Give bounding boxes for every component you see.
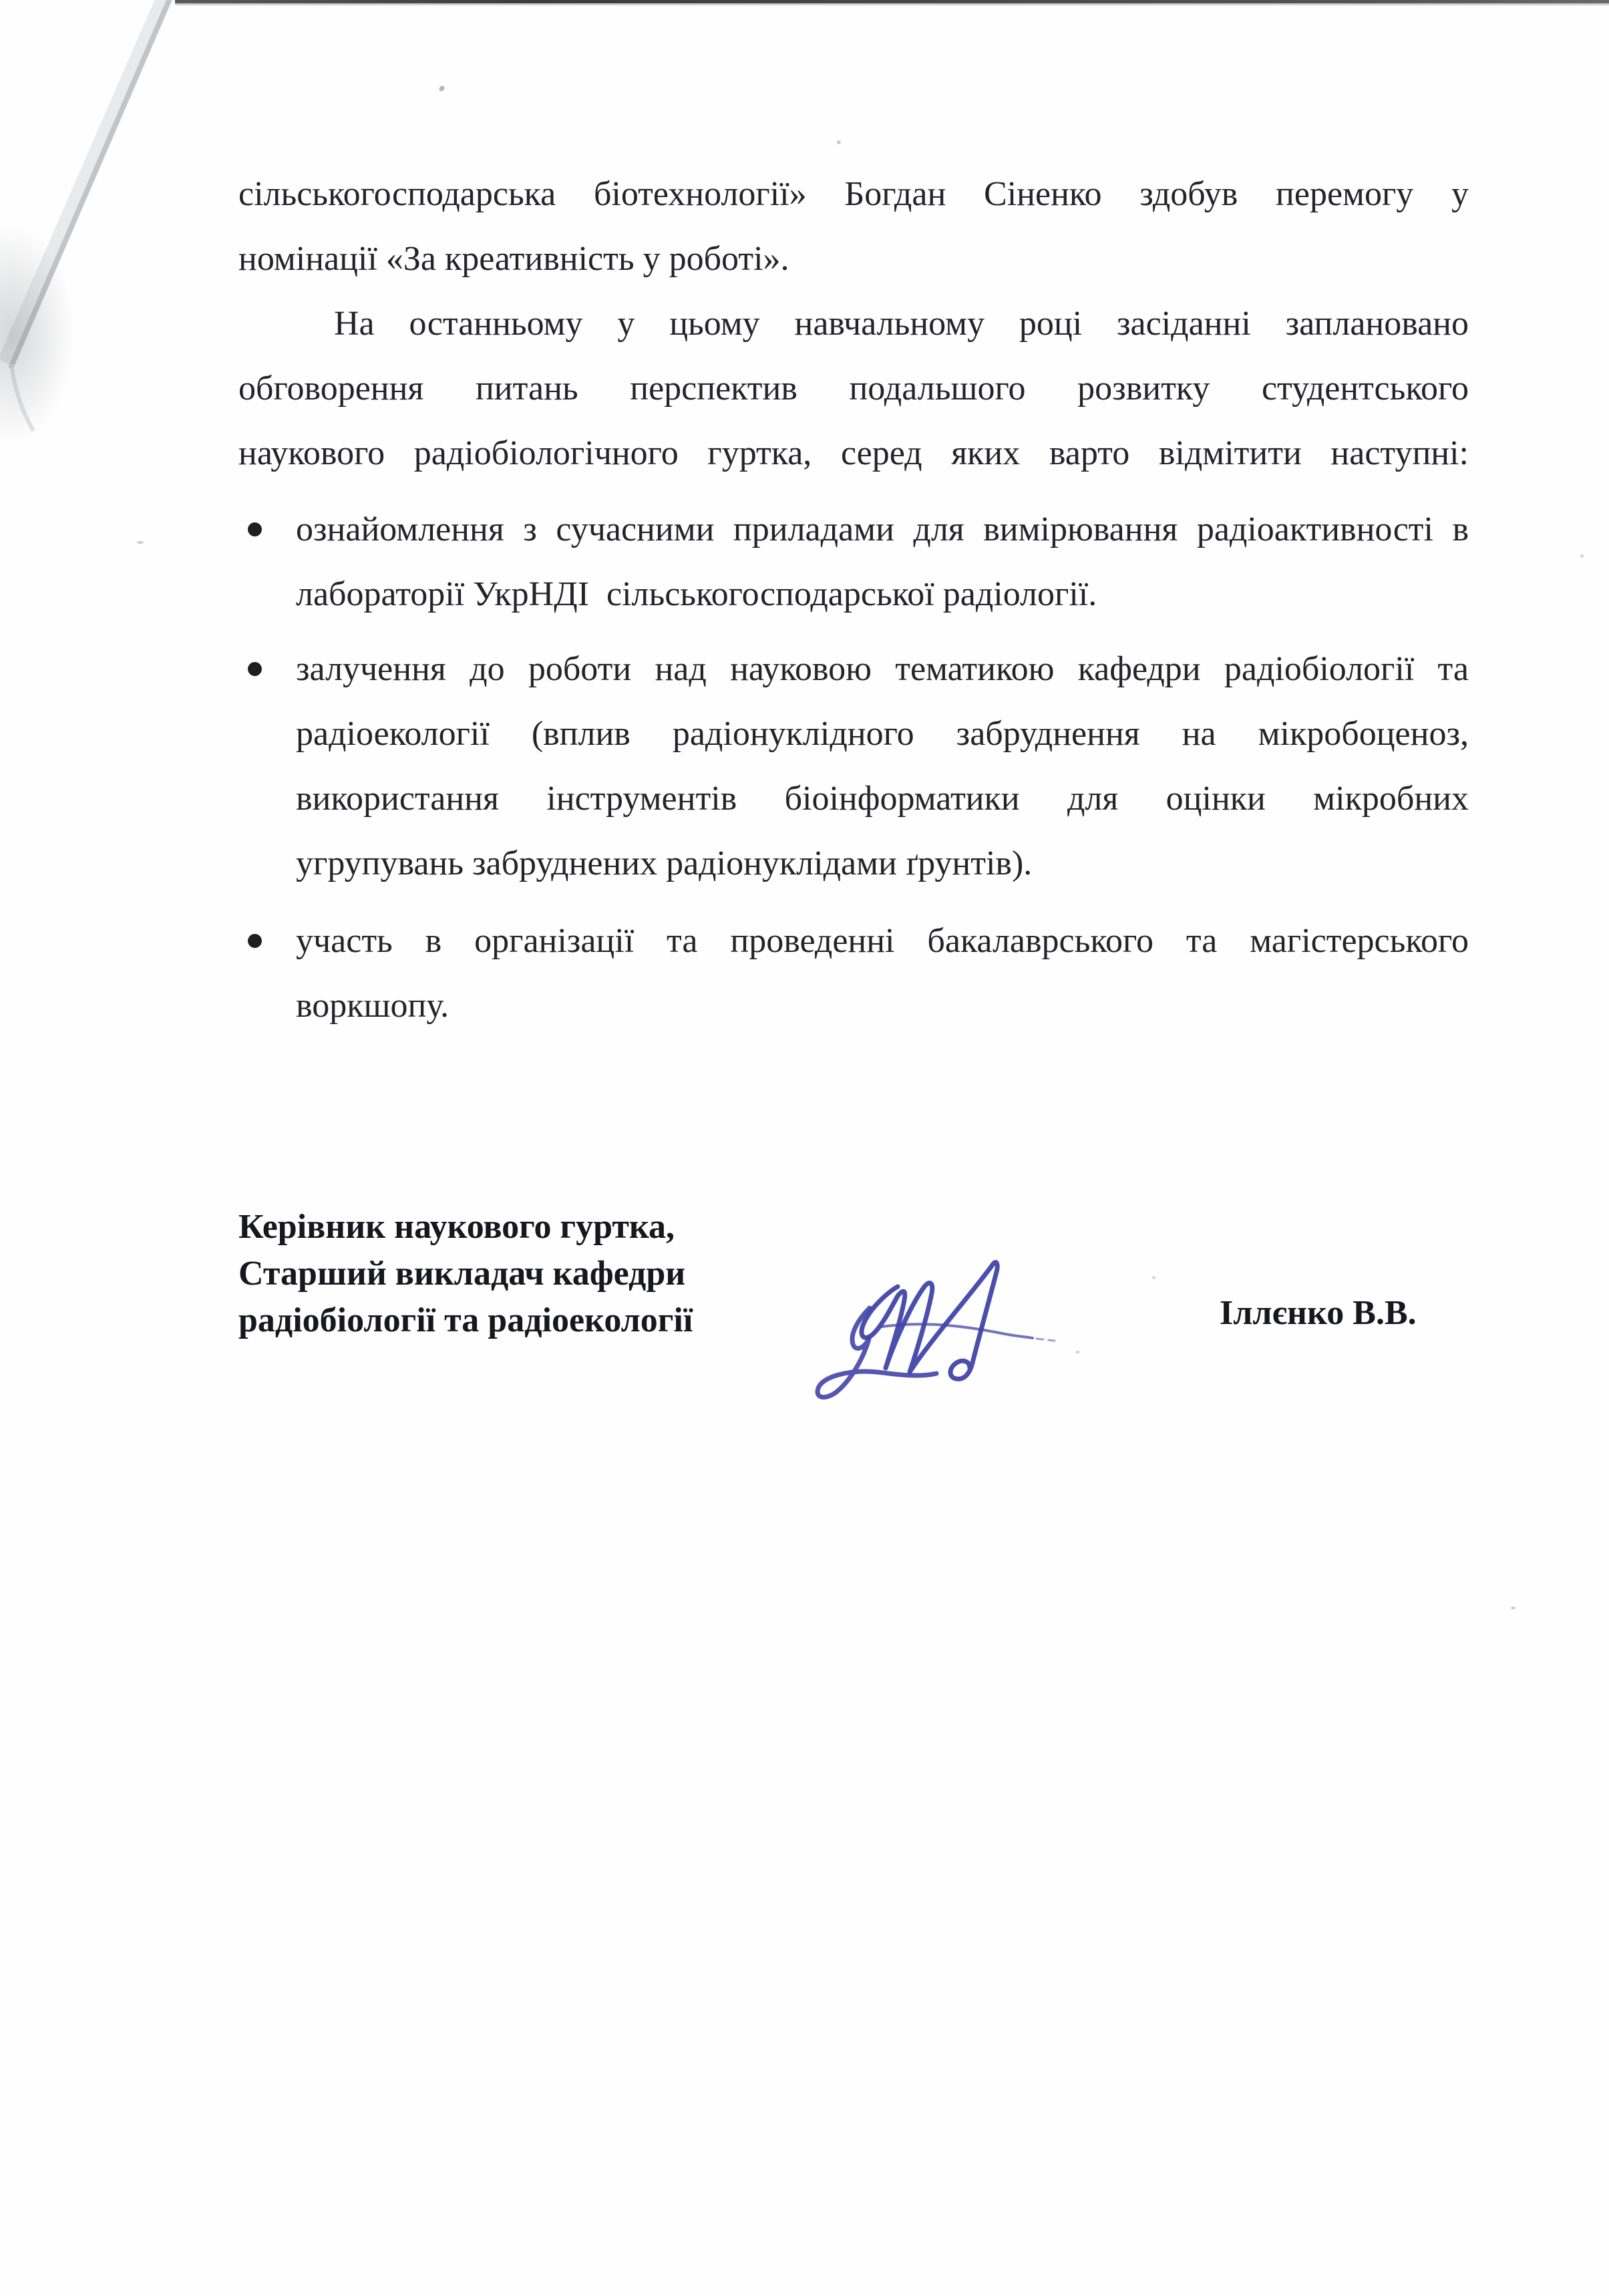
bullet-line: воркшопу. [296, 973, 1469, 1038]
scan-speck [1511, 1607, 1515, 1609]
bullet-line: залучення до роботи над науковою тематик… [296, 637, 1469, 701]
paragraph-line: сільськогосподарська біотехнології» Богд… [238, 162, 1469, 226]
bullet-line: угрупувань забруднених радіонуклідами ґр… [296, 831, 1469, 896]
bullet-marker: • [248, 662, 262, 676]
bullet-line: ознайомлення з сучасними приладами для в… [296, 497, 1469, 562]
bullet-marker: • [248, 934, 262, 948]
paragraph-line: На останньому у цьому навчальному році з… [238, 291, 1469, 356]
scan-speck [438, 85, 445, 92]
bullet-line: лабораторії УкрНДІ сільськогосподарської… [296, 562, 1469, 627]
paragraph-line: номінації «За креативність у роботі». [238, 226, 1469, 291]
scan-speck [837, 140, 841, 144]
scan-speck [137, 541, 144, 544]
signature-title-line: радіобіології та радіоекології [238, 1297, 693, 1344]
bullet-line: участь в організації та проведенні бакал… [296, 909, 1469, 973]
signature-title-block: Керівник наукового гуртка, Старший викла… [238, 1204, 693, 1344]
page-fold-shadow [0, 227, 73, 441]
handwritten-signature-ink [788, 1202, 1202, 1430]
bullet-item: • залучення до роботи над науковою темат… [238, 637, 1469, 896]
bullet-line: використання інструментів біоінформатики… [296, 766, 1469, 831]
bullet-item: • участь в організації та проведенні бак… [238, 909, 1469, 1038]
signer-name: Іллєнко В.В. [1220, 1293, 1417, 1333]
bullet-line: радіоекології (вплив радіонуклідного заб… [296, 701, 1469, 766]
document-body: сільськогосподарська біотехнології» Богд… [238, 162, 1469, 1038]
signature-title-line: Керівник наукового гуртка, [238, 1204, 693, 1251]
bullet-marker: • [248, 522, 262, 536]
scan-top-edge-soft-artifact [175, 3, 1609, 5]
scanned-document-page: сільськогосподарська біотехнології» Богд… [0, 0, 1609, 2296]
bullet-item: • ознайомлення з сучасними приладами для… [238, 497, 1469, 627]
scan-speck [1580, 554, 1584, 558]
paragraph-line: обговорення питань перспектив подальшого… [238, 356, 1469, 421]
signature-title-line: Старший викладач кафедри [238, 1251, 693, 1297]
paragraph-line: наукового радіобіологічного гуртка, сере… [238, 421, 1469, 486]
